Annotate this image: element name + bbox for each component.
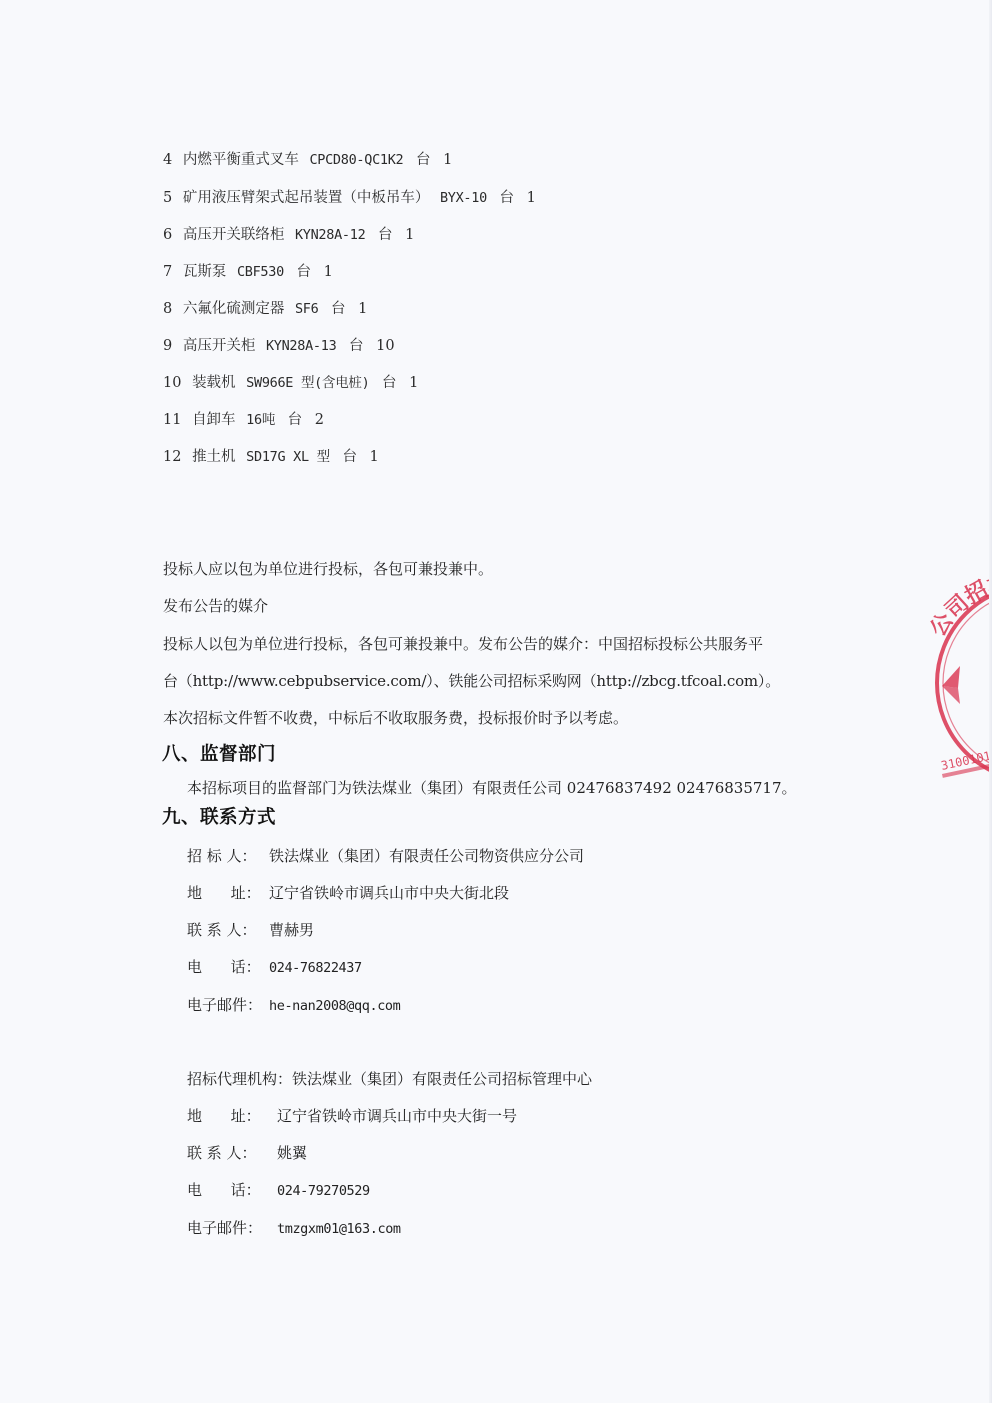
equipment-item: 6 高压开关联络柜 KYN28A-12 台 1 [163, 225, 414, 245]
tenderer-name-label: 招 标 人： [187, 846, 269, 866]
item-model: CPCD80-QC1K2 [309, 152, 403, 168]
item-name: 内燃平衡重式叉车 [183, 152, 299, 168]
agency-name: 铁法煤业（集团）有限责任公司招标管理中心 [292, 1070, 592, 1088]
tenderer-contact-person: 曹赫男 [269, 921, 314, 939]
item-number: 11 [163, 412, 181, 428]
tenderer-email-label: 电子邮件： [187, 995, 269, 1015]
agency-email: tmzgxm01@163.com [277, 1221, 401, 1237]
item-qty: 1 [443, 152, 452, 168]
item-model: KYN28A-13 [266, 338, 336, 354]
item-qty: 1 [409, 375, 418, 391]
tenderer-address-label: 地 址： [187, 883, 269, 903]
svg-text:公司招标: 公司招标 [930, 578, 992, 641]
tenderer-phone-row: 电 话：024-76822437 [187, 957, 362, 978]
tenderer-address-row: 地 址：辽宁省铁岭市调兵山市中央大街北段 [187, 883, 509, 903]
item-unit: 台 [297, 264, 312, 280]
item-name: 高压开关联络柜 [183, 227, 285, 243]
section-9-heading: 九、联系方式 [162, 806, 276, 830]
item-name: 自卸车 [192, 412, 236, 428]
tenderer-email-row: 电子邮件：he-nan2008@qq.com [187, 995, 400, 1016]
item-unit: 台 [349, 338, 364, 354]
item-number: 7 [163, 264, 172, 280]
item-name: 装载机 [192, 375, 236, 391]
tenderer-contact-row: 联 系 人：曹赫男 [187, 920, 314, 940]
package-rule-text: 投标人应以包为单位进行投标，各包可兼投兼中。 [163, 559, 493, 579]
item-unit: 台 [331, 301, 346, 317]
item-model: 16吨 [246, 412, 275, 428]
item-qty: 1 [527, 190, 536, 206]
item-number: 12 [163, 449, 181, 465]
item-qty: 10 [376, 338, 394, 354]
fee-note-text: 本次招标文件暂不收费，中标后不收取服务费，投标报价时予以考虑。 [163, 708, 628, 728]
official-seal-stamp: 公司招标 3100101 [930, 578, 992, 788]
agency-address-label: 地 址： [187, 1106, 277, 1126]
agency-contact-label: 联 系 人： [187, 1143, 277, 1163]
agency-phone-row: 电 话：024-79270529 [187, 1180, 370, 1201]
item-number: 4 [163, 152, 172, 168]
item-number: 10 [163, 375, 181, 391]
item-unit: 台 [500, 190, 515, 206]
item-qty: 2 [315, 412, 324, 428]
agency-phone-label: 电 话： [187, 1180, 277, 1200]
media-title: 发布公告的媒介 [163, 596, 268, 616]
item-model: CBF530 [237, 264, 284, 280]
agency-address: 辽宁省铁岭市调兵山市中央大街一号 [277, 1107, 517, 1125]
item-name: 推土机 [192, 449, 236, 465]
agency-email-label: 电子邮件： [187, 1218, 277, 1238]
item-name: 瓦斯泵 [183, 264, 227, 280]
media-text-line-2: 台（http://www.cebpubservice.com/）、铁能公司招标采… [163, 671, 780, 691]
item-unit: 台 [342, 449, 357, 465]
tenderer-name-row: 招 标 人：铁法煤业（集团）有限责任公司物资供应分公司 [187, 846, 584, 866]
tenderer-contact-label: 联 系 人： [187, 920, 269, 940]
item-number: 5 [163, 190, 172, 206]
section-8-heading: 八、监督部门 [162, 743, 276, 767]
media-text-line-1: 投标人以包为单位进行投标，各包可兼投兼中。发布公告的媒介：中国招标投标公共服务平 [163, 634, 763, 654]
tenderer-name: 铁法煤业（集团）有限责任公司物资供应分公司 [269, 847, 584, 865]
item-number: 9 [163, 338, 172, 354]
item-number: 6 [163, 227, 172, 243]
item-qty: 1 [405, 227, 414, 243]
tenderer-phone-label: 电 话： [187, 957, 269, 977]
agency-contact-row: 联 系 人：姚翼 [187, 1143, 307, 1163]
item-unit: 台 [288, 412, 303, 428]
equipment-item: 7 瓦斯泵 CBF530 台 1 [163, 262, 333, 282]
item-unit: 台 [416, 152, 431, 168]
item-model: SW966E 型(含电桩) [246, 375, 369, 391]
agency-address-row: 地 址：辽宁省铁岭市调兵山市中央大街一号 [187, 1106, 517, 1126]
item-model: SD17G XL 型 [246, 449, 330, 465]
agency-name-row: 招标代理机构：铁法煤业（集团）有限责任公司招标管理中心 [187, 1069, 592, 1089]
supervision-text: 本招标项目的监督部门为铁法煤业（集团）有限责任公司 02476837492 02… [187, 778, 797, 798]
agency-email-row: 电子邮件：tmzgxm01@163.com [187, 1218, 401, 1239]
seal-icon: 公司招标 3100101 [930, 578, 992, 788]
item-model: BYX-10 [440, 190, 487, 206]
tenderer-email: he-nan2008@qq.com [269, 998, 400, 1014]
equipment-item: 11 自卸车 16吨 台 2 [163, 410, 324, 430]
equipment-item: 10 装载机 SW966E 型(含电桩) 台 1 [163, 373, 418, 393]
item-qty: 1 [370, 449, 379, 465]
item-unit: 台 [378, 227, 393, 243]
equipment-item: 4 内燃平衡重式叉车 CPCD80-QC1K2 台 1 [163, 150, 452, 170]
agency-phone: 024-79270529 [277, 1183, 370, 1199]
item-model: SF6 [295, 301, 318, 317]
agency-contact-person: 姚翼 [277, 1144, 307, 1162]
agency-name-label: 招标代理机构： [187, 1069, 292, 1089]
item-unit: 台 [382, 375, 397, 391]
item-number: 8 [163, 301, 172, 317]
tenderer-phone: 024-76822437 [269, 960, 362, 976]
equipment-item: 9 高压开关柜 KYN28A-13 台 10 [163, 336, 395, 356]
item-name: 六氟化硫测定器 [183, 301, 285, 317]
equipment-item: 5 矿用液压臂架式起吊装置（中板吊车） BYX-10 台 1 [163, 188, 536, 208]
item-qty: 1 [324, 264, 333, 280]
item-name: 矿用液压臂架式起吊装置（中板吊车） [183, 190, 430, 206]
tenderer-address: 辽宁省铁岭市调兵山市中央大街北段 [269, 884, 509, 902]
equipment-item: 8 六氟化硫测定器 SF6 台 1 [163, 299, 367, 319]
document-page: 4 内燃平衡重式叉车 CPCD80-QC1K2 台 1 5 矿用液压臂架式起吊装… [0, 0, 992, 1403]
item-name: 高压开关柜 [183, 338, 256, 354]
item-qty: 1 [358, 301, 367, 317]
equipment-item: 12 推土机 SD17G XL 型 台 1 [163, 447, 379, 467]
item-model: KYN28A-12 [295, 227, 365, 243]
